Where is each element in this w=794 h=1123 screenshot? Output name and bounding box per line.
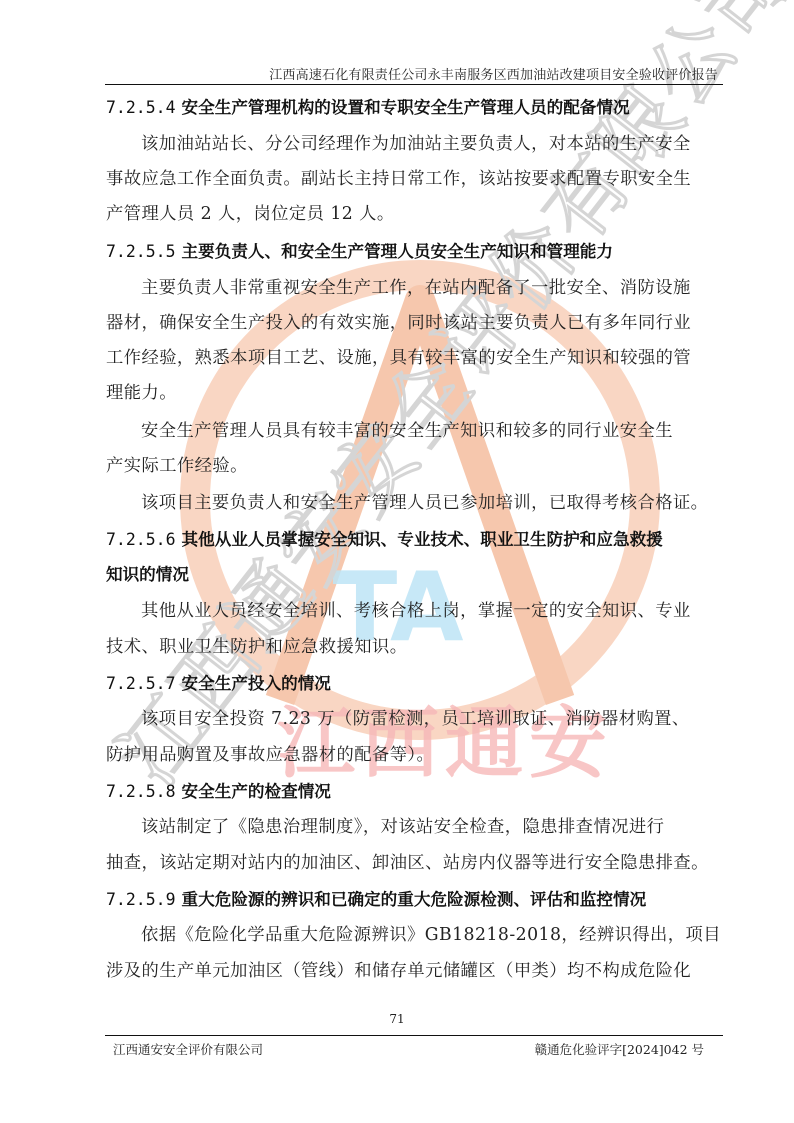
section-title: 安全生产管理机构的设置和专职安全生产管理人员的配备情况 <box>182 98 630 117</box>
footer-divider <box>105 1035 723 1036</box>
section-number: 7.2.5.4 <box>106 98 176 117</box>
section-number: 7.2.5.5 <box>106 242 176 261</box>
section-heading: 7.2.5.8安全生产的检查情况 <box>106 780 331 804</box>
section-number: 7.2.5.7 <box>106 674 176 693</box>
section-number: 7.2.5.9 <box>106 890 176 909</box>
section-title: 重大危险源的辨识和已确定的重大危险源检测、评估和监控情况 <box>182 890 647 909</box>
section-title: 安全生产投入的情况 <box>182 674 331 693</box>
page-number: 71 <box>0 1012 794 1026</box>
paragraph-line: 主要负责人非常重视安全生产工作，在站内配备了一批安全、消防设施 <box>106 276 691 300</box>
paragraph-line: 产实际工作经验。 <box>106 454 248 478</box>
section-number: 7.2.5.8 <box>106 782 176 801</box>
page-header-title: 江西高速石化有限责任公司永丰南服务区西加油站改建项目安全验收评价报告 <box>105 64 718 83</box>
paragraph-line: 技术、职业卫生防护和应急救援知识。 <box>106 635 407 659</box>
section-heading: 7.2.5.9重大危险源的辨识和已确定的重大危险源检测、评估和监控情况 <box>106 888 646 912</box>
paragraph-line: 该项目主要负责人和安全生产管理人员已参加培训，已取得考核合格证。 <box>106 491 708 515</box>
section-heading-continued: 知识的情况 <box>106 563 189 587</box>
header-divider <box>105 84 723 85</box>
paragraph-line: 器材，确保安全生产投入的有效实施，同时该站主要负责人已有多年同行业 <box>106 311 691 335</box>
section-number: 7.2.5.6 <box>106 530 176 549</box>
paragraph-line: 事故应急工作全面负责。副站长主持日常工作，该站按要求配置专职安全生 <box>106 167 691 191</box>
section-heading: 7.2.5.5主要负责人、和安全生产管理人员安全生产知识和管理能力 <box>106 240 613 264</box>
section-heading: 7.2.5.7安全生产投入的情况 <box>106 672 331 696</box>
paragraph-line: 该加油站站长、分公司经理作为加油站主要负责人，对本站的生产安全 <box>106 132 691 156</box>
paragraph-line: 抽查，该站定期对站内的加油区、卸油区、站房内仪器等进行安全隐患排查。 <box>106 851 709 875</box>
paragraph-line: 防护用品购置及事故应急器材的配备等）。 <box>106 743 434 767</box>
paragraph-line: 其他从业人员经安全培训、考核合格上岗，掌握一定的安全知识、专业 <box>106 599 691 623</box>
section-title: 安全生产的检查情况 <box>182 782 331 801</box>
footer-company: 江西通安安全评价有限公司 <box>113 1040 263 1058</box>
paragraph-line: 理能力。 <box>106 381 177 405</box>
paragraph-line: 该项目安全投资 7.23 万（防雷检测，员工培训取证、消防器材购置、 <box>106 707 690 731</box>
paragraph-line: 该站制定了《隐患治理制度》，对该站安全检查，隐患排查情况进行 <box>106 815 664 839</box>
section-title: 其他从业人员掌握安全知识、专业技术、职业卫生防护和应急救援 <box>182 530 663 549</box>
section-title: 主要负责人、和安全生产管理人员安全生产知识和管理能力 <box>182 242 613 261</box>
paragraph-line: 依据《危险化学品重大危险源辨识》GB18218-2018，经辨识得出，项目 <box>106 923 721 947</box>
paragraph-line: 产管理人员 2 人，岗位定员 12 人。 <box>106 202 395 226</box>
paragraph-line: 涉及的生产单元加油区（管线）和储存单元储罐区（甲类）均不构成危险化 <box>106 959 691 983</box>
paragraph-line: 安全生产管理人员具有较丰富的安全生产知识和较多的同行业安全生 <box>106 419 673 443</box>
footer-doc-code: 赣通危化验评字[2024]042 号 <box>535 1040 704 1058</box>
section-heading: 7.2.5.4安全生产管理机构的设置和专职安全生产管理人员的配备情况 <box>106 96 630 120</box>
paragraph-line: 工作经验，熟悉本项目工艺、设施，具有较丰富的安全生产知识和较强的管 <box>106 346 691 370</box>
section-heading: 7.2.5.6其他从业人员掌握安全知识、专业技术、职业卫生防护和应急救援 <box>106 528 663 552</box>
